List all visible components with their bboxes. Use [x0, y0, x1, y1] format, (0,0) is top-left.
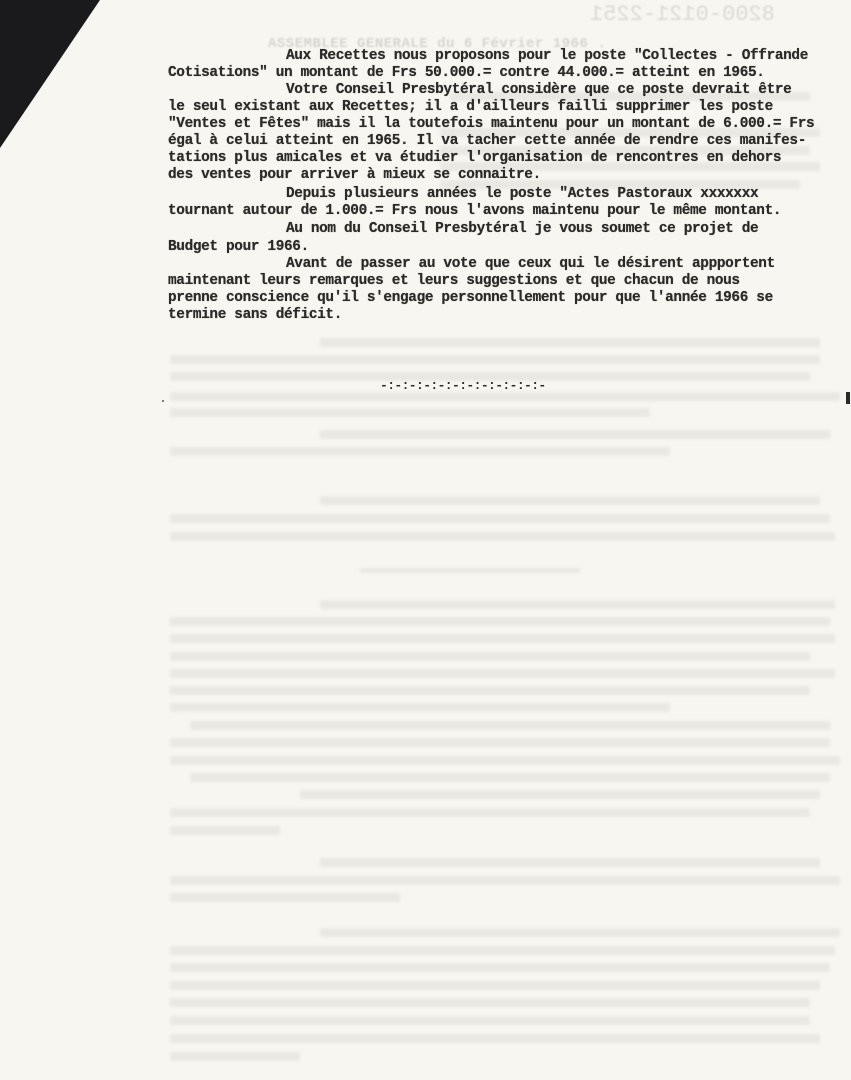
text-line: "Ventes et Fêtes" mais il la toutefois m… — [168, 116, 814, 133]
text-line: Au nom du Conseil Presbytéral je vous so… — [286, 221, 758, 238]
text-line: Aux Recettes nous proposons pour le post… — [286, 48, 808, 65]
text-line: égal à celui atteint en 1965. Il va tach… — [168, 133, 806, 150]
text-line: des ventes pour arriver à mieux se conna… — [168, 167, 541, 184]
scan-corner-shadow — [0, 0, 100, 148]
text-line: maintenant leurs remarques et leurs sugg… — [168, 273, 740, 290]
text-line: tournant autour de 1.000.= Frs nous l'av… — [168, 203, 781, 220]
section-separator: -:-:-:-:-:-:-:-:-:-:-:- — [380, 378, 546, 393]
text-line: termine sans déficit. — [168, 307, 342, 324]
text-line: Avant de passer au vote que ceux qui le … — [286, 256, 775, 273]
text-line: prenne conscience qu'il s'engage personn… — [168, 290, 773, 307]
ink-speck — [162, 400, 164, 402]
text-line: Votre Conseil Presbytéral considère que … — [286, 82, 791, 99]
text-line: Depuis plusieurs années le poste "Actes … — [286, 186, 758, 203]
page-edge-mark — [846, 392, 850, 404]
bleed-through-reference: 8200-0121-2251 — [590, 2, 775, 27]
text-line: Cotisations" un montant de Frs 50.000.= … — [168, 65, 765, 82]
text-line: tations plus amicales et va étudier l'or… — [168, 150, 781, 167]
text-line: Budget pour 1966. — [168, 239, 309, 256]
text-line: le seul existant aux Recettes; il a d'ai… — [168, 99, 773, 116]
document-page: 8200-0121-2251 ASSEMBLEE GENERALE du 6 F… — [0, 0, 851, 1080]
